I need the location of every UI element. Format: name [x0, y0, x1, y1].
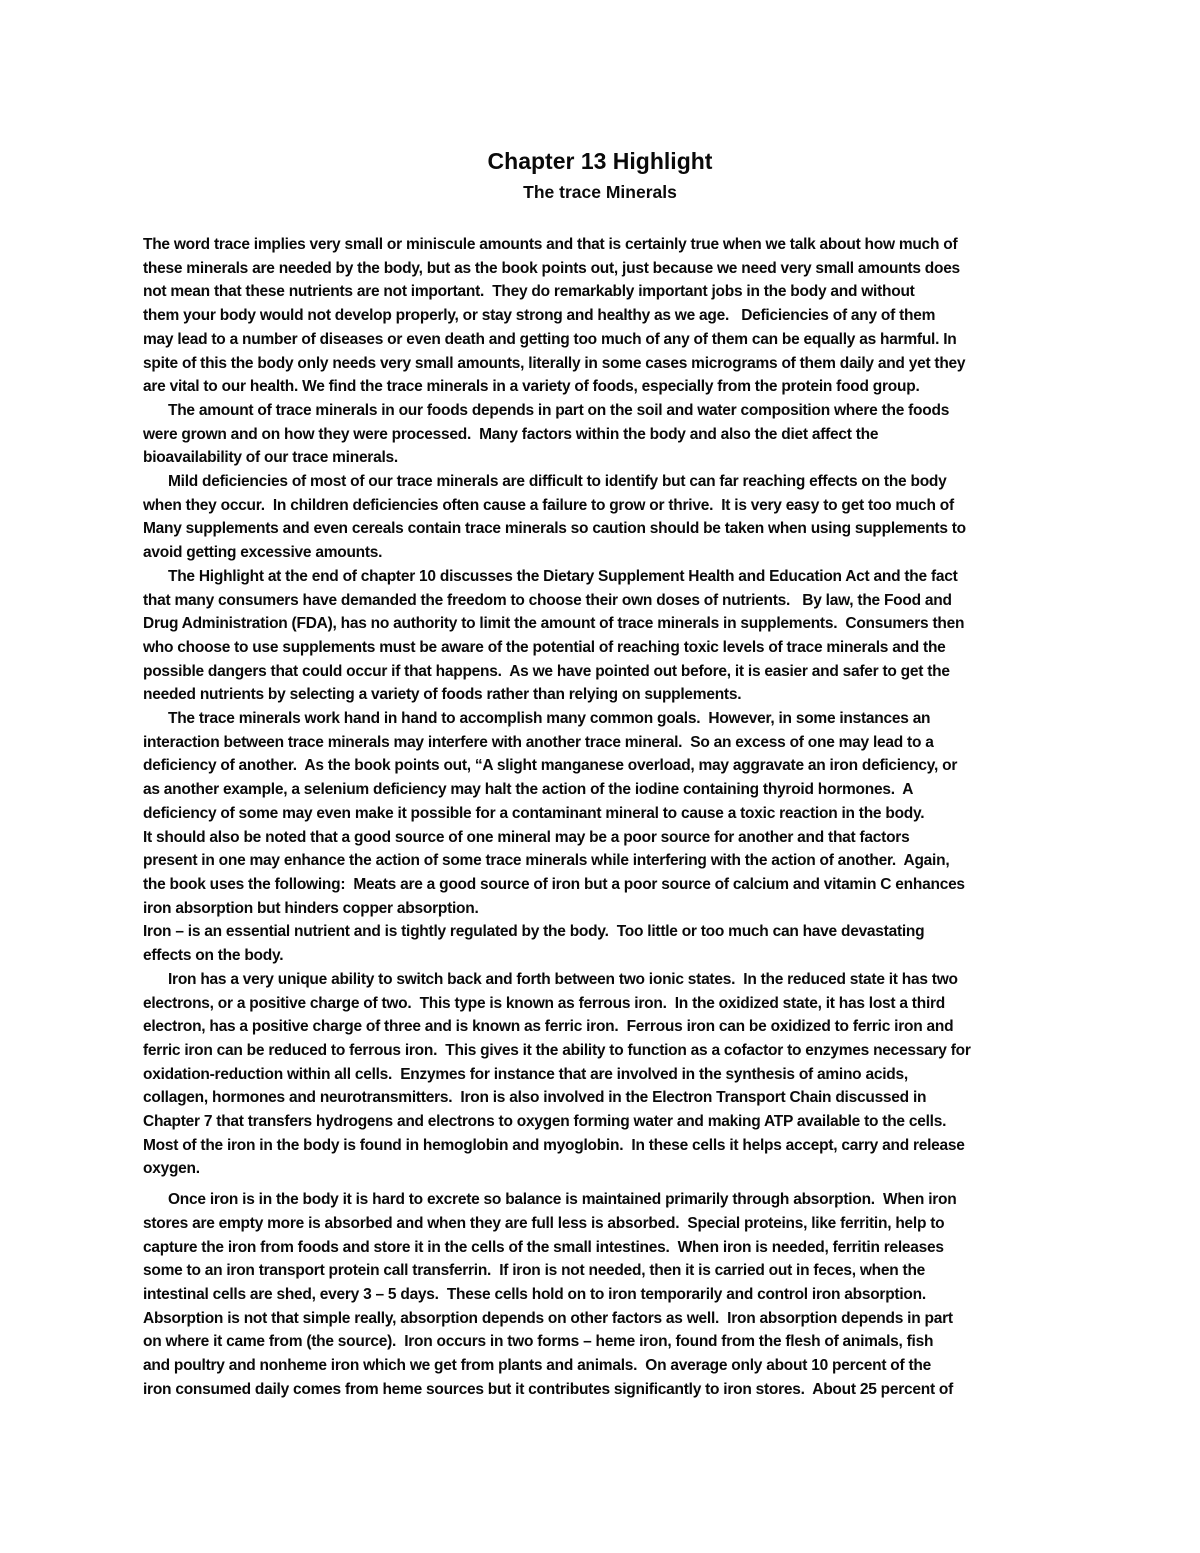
paragraph: The Highlight at the end of chapter 10 d… — [143, 565, 1080, 707]
text-line: possible dangers that could occur if tha… — [143, 660, 1080, 684]
text-line: Chapter 7 that transfers hydrogens and e… — [143, 1110, 1080, 1134]
text-line: spite of this the body only needs very s… — [143, 352, 1080, 376]
text-line: bioavailability of our trace minerals. — [143, 446, 1080, 470]
text-line: when they occur. In children deficiencie… — [143, 494, 1080, 518]
text-line: may lead to a number of diseases or even… — [143, 328, 1080, 352]
text-line: deficiency of some may even make it poss… — [143, 802, 1080, 826]
text-line: ferric iron can be reduced to ferrous ir… — [143, 1039, 1080, 1063]
text-line: who choose to use supplements must be aw… — [143, 636, 1080, 660]
text-line: Once iron is in the body it is hard to e… — [143, 1188, 1080, 1212]
text-line: Drug Administration (FDA), has no author… — [143, 612, 1080, 636]
text-line: deficiency of another. As the book point… — [143, 754, 1080, 778]
paragraph: The trace minerals work hand in hand to … — [143, 707, 1080, 920]
text-line: are vital to our health. We find the tra… — [143, 375, 1080, 399]
text-line: needed nutrients by selecting a variety … — [143, 683, 1080, 707]
text-line: capture the iron from foods and store it… — [143, 1236, 1080, 1260]
document-subtitle: The trace Minerals — [143, 182, 1057, 202]
text-line: on where it came from (the source). Iron… — [143, 1330, 1080, 1354]
text-line: oxygen. — [143, 1157, 1080, 1181]
text-line: The trace minerals work hand in hand to … — [143, 707, 1080, 731]
text-line: these minerals are needed by the body, b… — [143, 257, 1080, 281]
text-line: Absorption is not that simple really, ab… — [143, 1307, 1080, 1331]
text-line: collagen, hormones and neurotransmitters… — [143, 1086, 1080, 1110]
text-line: intestinal cells are shed, every 3 – 5 d… — [143, 1283, 1080, 1307]
text-line: and poultry and nonheme iron which we ge… — [143, 1354, 1080, 1378]
text-line: The word trace implies very small or min… — [143, 233, 1080, 257]
text-line: as another example, a selenium deficienc… — [143, 778, 1080, 802]
text-line: iron absorption but hinders copper absor… — [143, 897, 1080, 921]
text-line: effects on the body. — [143, 944, 1080, 968]
text-line: interaction between trace minerals may i… — [143, 731, 1080, 755]
text-line: Many supplements and even cereals contai… — [143, 517, 1080, 541]
text-line: some to an iron transport protein call t… — [143, 1259, 1080, 1283]
text-line: It should also be noted that a good sour… — [143, 826, 1080, 850]
text-line: the book uses the following: Meats are a… — [143, 873, 1080, 897]
text-line: electron, has a positive charge of three… — [143, 1015, 1080, 1039]
document-page: Chapter 13 Highlight The trace Minerals … — [0, 0, 1200, 1553]
text-line: Most of the iron in the body is found in… — [143, 1134, 1080, 1158]
text-line: oxidation-reduction within all cells. En… — [143, 1063, 1080, 1087]
text-line: Iron – is an essential nutrient and is t… — [143, 920, 1080, 944]
text-line: stores are empty more is absorbed and wh… — [143, 1212, 1080, 1236]
text-line: that many consumers have demanded the fr… — [143, 589, 1080, 613]
paragraph: The word trace implies very small or min… — [143, 233, 1080, 399]
text-line: avoid getting excessive amounts. — [143, 541, 1080, 565]
paragraph: Iron has a very unique ability to switch… — [143, 968, 1080, 1181]
paragraph: The amount of trace minerals in our food… — [143, 399, 1080, 470]
text-line: The amount of trace minerals in our food… — [143, 399, 1080, 423]
text-line: electrons, or a positive charge of two. … — [143, 992, 1080, 1016]
text-line: not mean that these nutrients are not im… — [143, 280, 1080, 304]
paragraph: Mild deficiencies of most of our trace m… — [143, 470, 1080, 565]
text-line: Mild deficiencies of most of our trace m… — [143, 470, 1080, 494]
text-line: The Highlight at the end of chapter 10 d… — [143, 565, 1080, 589]
document-title: Chapter 13 Highlight — [143, 148, 1057, 174]
text-line: present in one may enhance the action of… — [143, 849, 1080, 873]
text-line: them your body would not develop properl… — [143, 304, 1080, 328]
text-line: Iron has a very unique ability to switch… — [143, 968, 1080, 992]
document-body: The word trace implies very small or min… — [143, 233, 1080, 1401]
paragraph: Iron – is an essential nutrient and is t… — [143, 920, 1080, 967]
text-line: iron consumed daily comes from heme sour… — [143, 1378, 1080, 1402]
paragraph: Once iron is in the body it is hard to e… — [143, 1188, 1080, 1401]
text-line: were grown and on how they were processe… — [143, 423, 1080, 447]
